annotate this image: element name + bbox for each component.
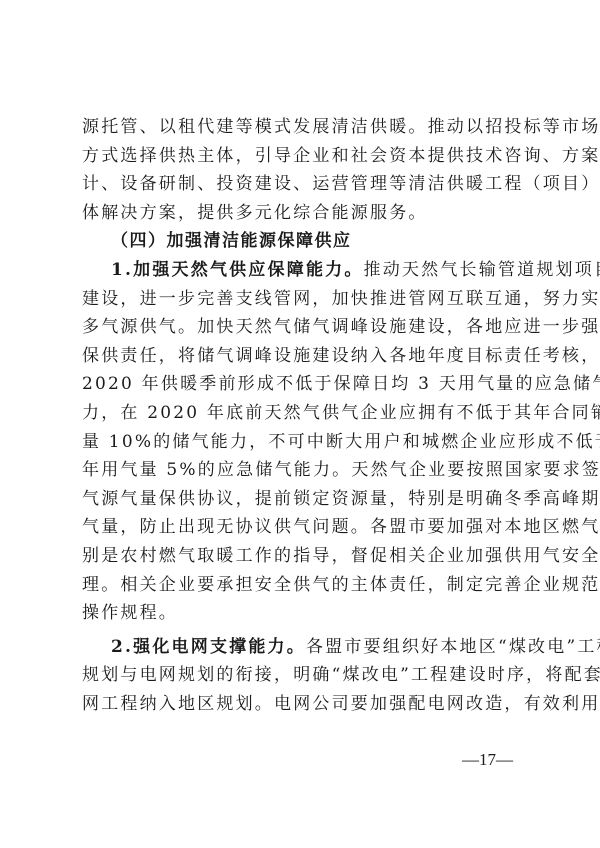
item1-first-line: 1.加强天然气供应保障能力。推动天然气长输管道规划项目	[82, 256, 528, 285]
paragraph-line: 规划与电网规划的衔接，明确“煤改电”工程建设时序，将配套电	[82, 661, 528, 690]
paragraph-line: 源托管、以租代建等模式发展清洁供暖。推动以招投标等市场化	[82, 113, 528, 142]
paragraph-line: 年用气量 5%的应急储气能力。天然气企业要按照国家要求签订	[82, 456, 528, 485]
paragraph-line: 2020 年供暖季前形成不低于保障日均 3 天用气量的应急储气能	[82, 370, 528, 399]
item2-first-line-text: 各盟市要组织好本地区“煤改电”工程	[306, 637, 600, 657]
paragraph-line: 气量，防止出现无协议供气问题。各盟市要加强对本地区燃气特	[82, 513, 528, 542]
paragraph-line: 保供责任，将储气调峰设施建设纳入各地年度目标责任考核，在	[82, 342, 528, 371]
paragraph-line: 别是农村燃气取暖工作的指导，督促相关企业加强供用气安全管	[82, 542, 528, 571]
paragraph-line: 理。相关企业要承担安全供气的主体责任，制定完善企业规范和	[82, 571, 528, 600]
item2-lead: 2.强化电网支撑能力。	[111, 637, 306, 657]
paragraph-line: 网工程纳入地区规划。电网公司要加强配电网改造，有效利用农	[82, 690, 528, 719]
paragraph-line: 方式选择供热主体，引导企业和社会资本提供技术咨询、方案设	[82, 142, 528, 171]
document-body: 源托管、以租代建等模式发展清洁供暖。推动以招投标等市场化 方式选择供热主体，引导…	[82, 113, 528, 718]
paragraph-line: 建设，进一步完善支线管网，加快推进管网互联互通，努力实现	[82, 285, 528, 314]
item1-first-line-text: 推动天然气长输管道规划项目	[364, 260, 600, 280]
paragraph-line: 多气源供气。加快天然气储气调峰设施建设，各地应进一步强化	[82, 313, 528, 342]
paragraph-line: 量 10%的储气能力，不可中断大用户和城燃企业应形成不低于其	[82, 428, 528, 457]
item1-lead: 1.加强天然气供应保障能力。	[111, 260, 364, 280]
paragraph-line: 计、设备研制、投资建设、运营管理等清洁供暖工程（项目）整	[82, 170, 528, 199]
page-number: —17—	[462, 750, 513, 770]
section-heading: （四）加强清洁能源保障供应	[82, 227, 528, 256]
paragraph-line: 力，在 2020 年底前天然气供气企业应拥有不低于其年合同销售	[82, 399, 528, 428]
paragraph-line: 体解决方案，提供多元化综合能源服务。	[82, 199, 528, 228]
item2-first-line: 2.强化电网支撑能力。各盟市要组织好本地区“煤改电”工程	[82, 633, 528, 662]
paragraph-line: 操作规程。	[82, 599, 528, 628]
paragraph-line: 气源气量保供协议，提前锁定资源量，特别是明确冬季高峰期供	[82, 485, 528, 514]
